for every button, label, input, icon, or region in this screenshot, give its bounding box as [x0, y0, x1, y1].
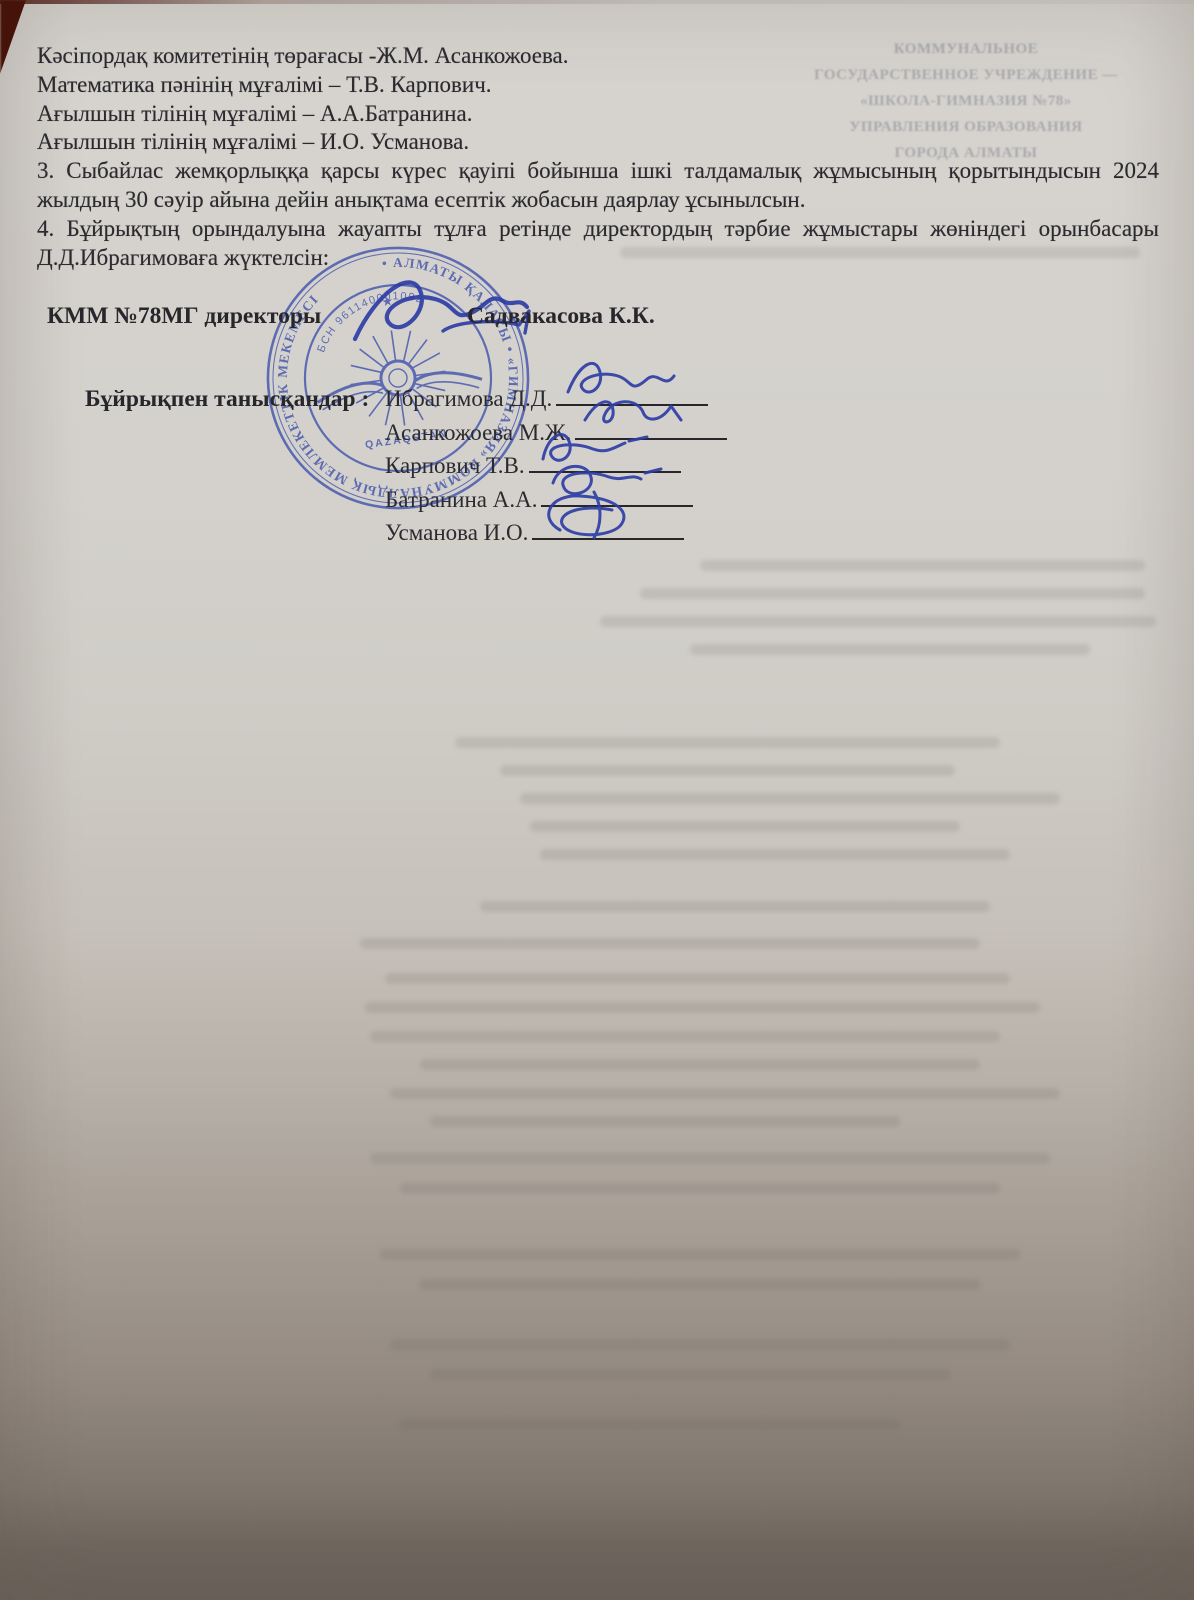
ghost-text-line [360, 938, 980, 949]
ghost-text-line [365, 1002, 1040, 1013]
signature-line [532, 524, 684, 540]
ghost-text-line [390, 1339, 1010, 1350]
order-item-3: 3. Сыбайлас жемқорлыққа қарсы күрес қауі… [37, 157, 1159, 215]
ghost-text-line [455, 737, 1000, 748]
ghost-text-line [600, 616, 1156, 627]
document-body: Кәсіпордақ комитетінің төрағасы -Ж.М. Ас… [37, 42, 1159, 272]
ghost-text-line [390, 1088, 1060, 1099]
person-name: Усманова И.О. [385, 520, 528, 546]
document-photo: КОММУНАЛЬНОЕ ГОСУДАРСТВЕННОЕ УЧРЕЖДЕНИЕ … [0, 0, 1194, 1600]
acknowledgement-block: Бұйрықпен танысқандар : Ибрагимова Д.Д. … [85, 386, 727, 554]
ghost-text-line [540, 849, 1010, 860]
person-name: Батранина А.А. [385, 487, 537, 513]
director-title: КММ №78МГ директоры [47, 303, 321, 329]
person-name: Ибрагимова Д.Д. [385, 386, 552, 412]
ghost-text-line [420, 1279, 980, 1290]
person-name: Карпович Т.В. [385, 453, 525, 479]
director-signature-row: КММ №78МГ директоры Садвакасова К.К. [47, 303, 1147, 337]
photo-corner-shadow [0, 0, 30, 74]
director-name: Садвакасова К.К. [467, 303, 655, 330]
intro-line: Ағылшын тілінің мұғалімі – А.А.Батранина… [37, 100, 1159, 129]
photo-top-edge [0, 0, 1194, 4]
ghost-text-line [370, 1031, 1000, 1042]
intro-line: Ағылшын тілінің мұғалімі – И.О. Усманова… [37, 128, 1159, 157]
acknowledgement-row: Усманова И.О. [85, 520, 727, 554]
ghost-text-line [385, 973, 1010, 984]
ghost-text-line [520, 793, 1060, 804]
ghost-text-line [430, 1369, 950, 1380]
ghost-text-line [430, 1116, 900, 1127]
ghost-text-line [400, 1419, 900, 1430]
intro-line: Кәсіпордақ комитетінің төрағасы -Ж.М. Ас… [37, 42, 1159, 71]
acknowledgement-label: Бұйрықпен танысқандар : [85, 386, 385, 413]
ghost-text-line [690, 644, 1090, 655]
ghost-text-line [700, 560, 1145, 571]
signature-usmanova [536, 486, 656, 546]
ghost-text-line [640, 588, 1145, 599]
order-item-4: 4. Бұйрықтың орындалуына жауапты тұлға р… [37, 215, 1159, 273]
ghost-text-line [420, 1059, 980, 1070]
ghost-text-line [400, 1183, 1000, 1194]
ghost-text-line [530, 821, 960, 832]
ghost-text-line [480, 901, 990, 912]
ghost-text-line [370, 1153, 1050, 1164]
intro-line: Математика пәнінің мұғалімі – Т.В. Карпо… [37, 71, 1159, 100]
ghost-text-line [500, 765, 955, 776]
ghost-text-line [380, 1249, 1020, 1260]
